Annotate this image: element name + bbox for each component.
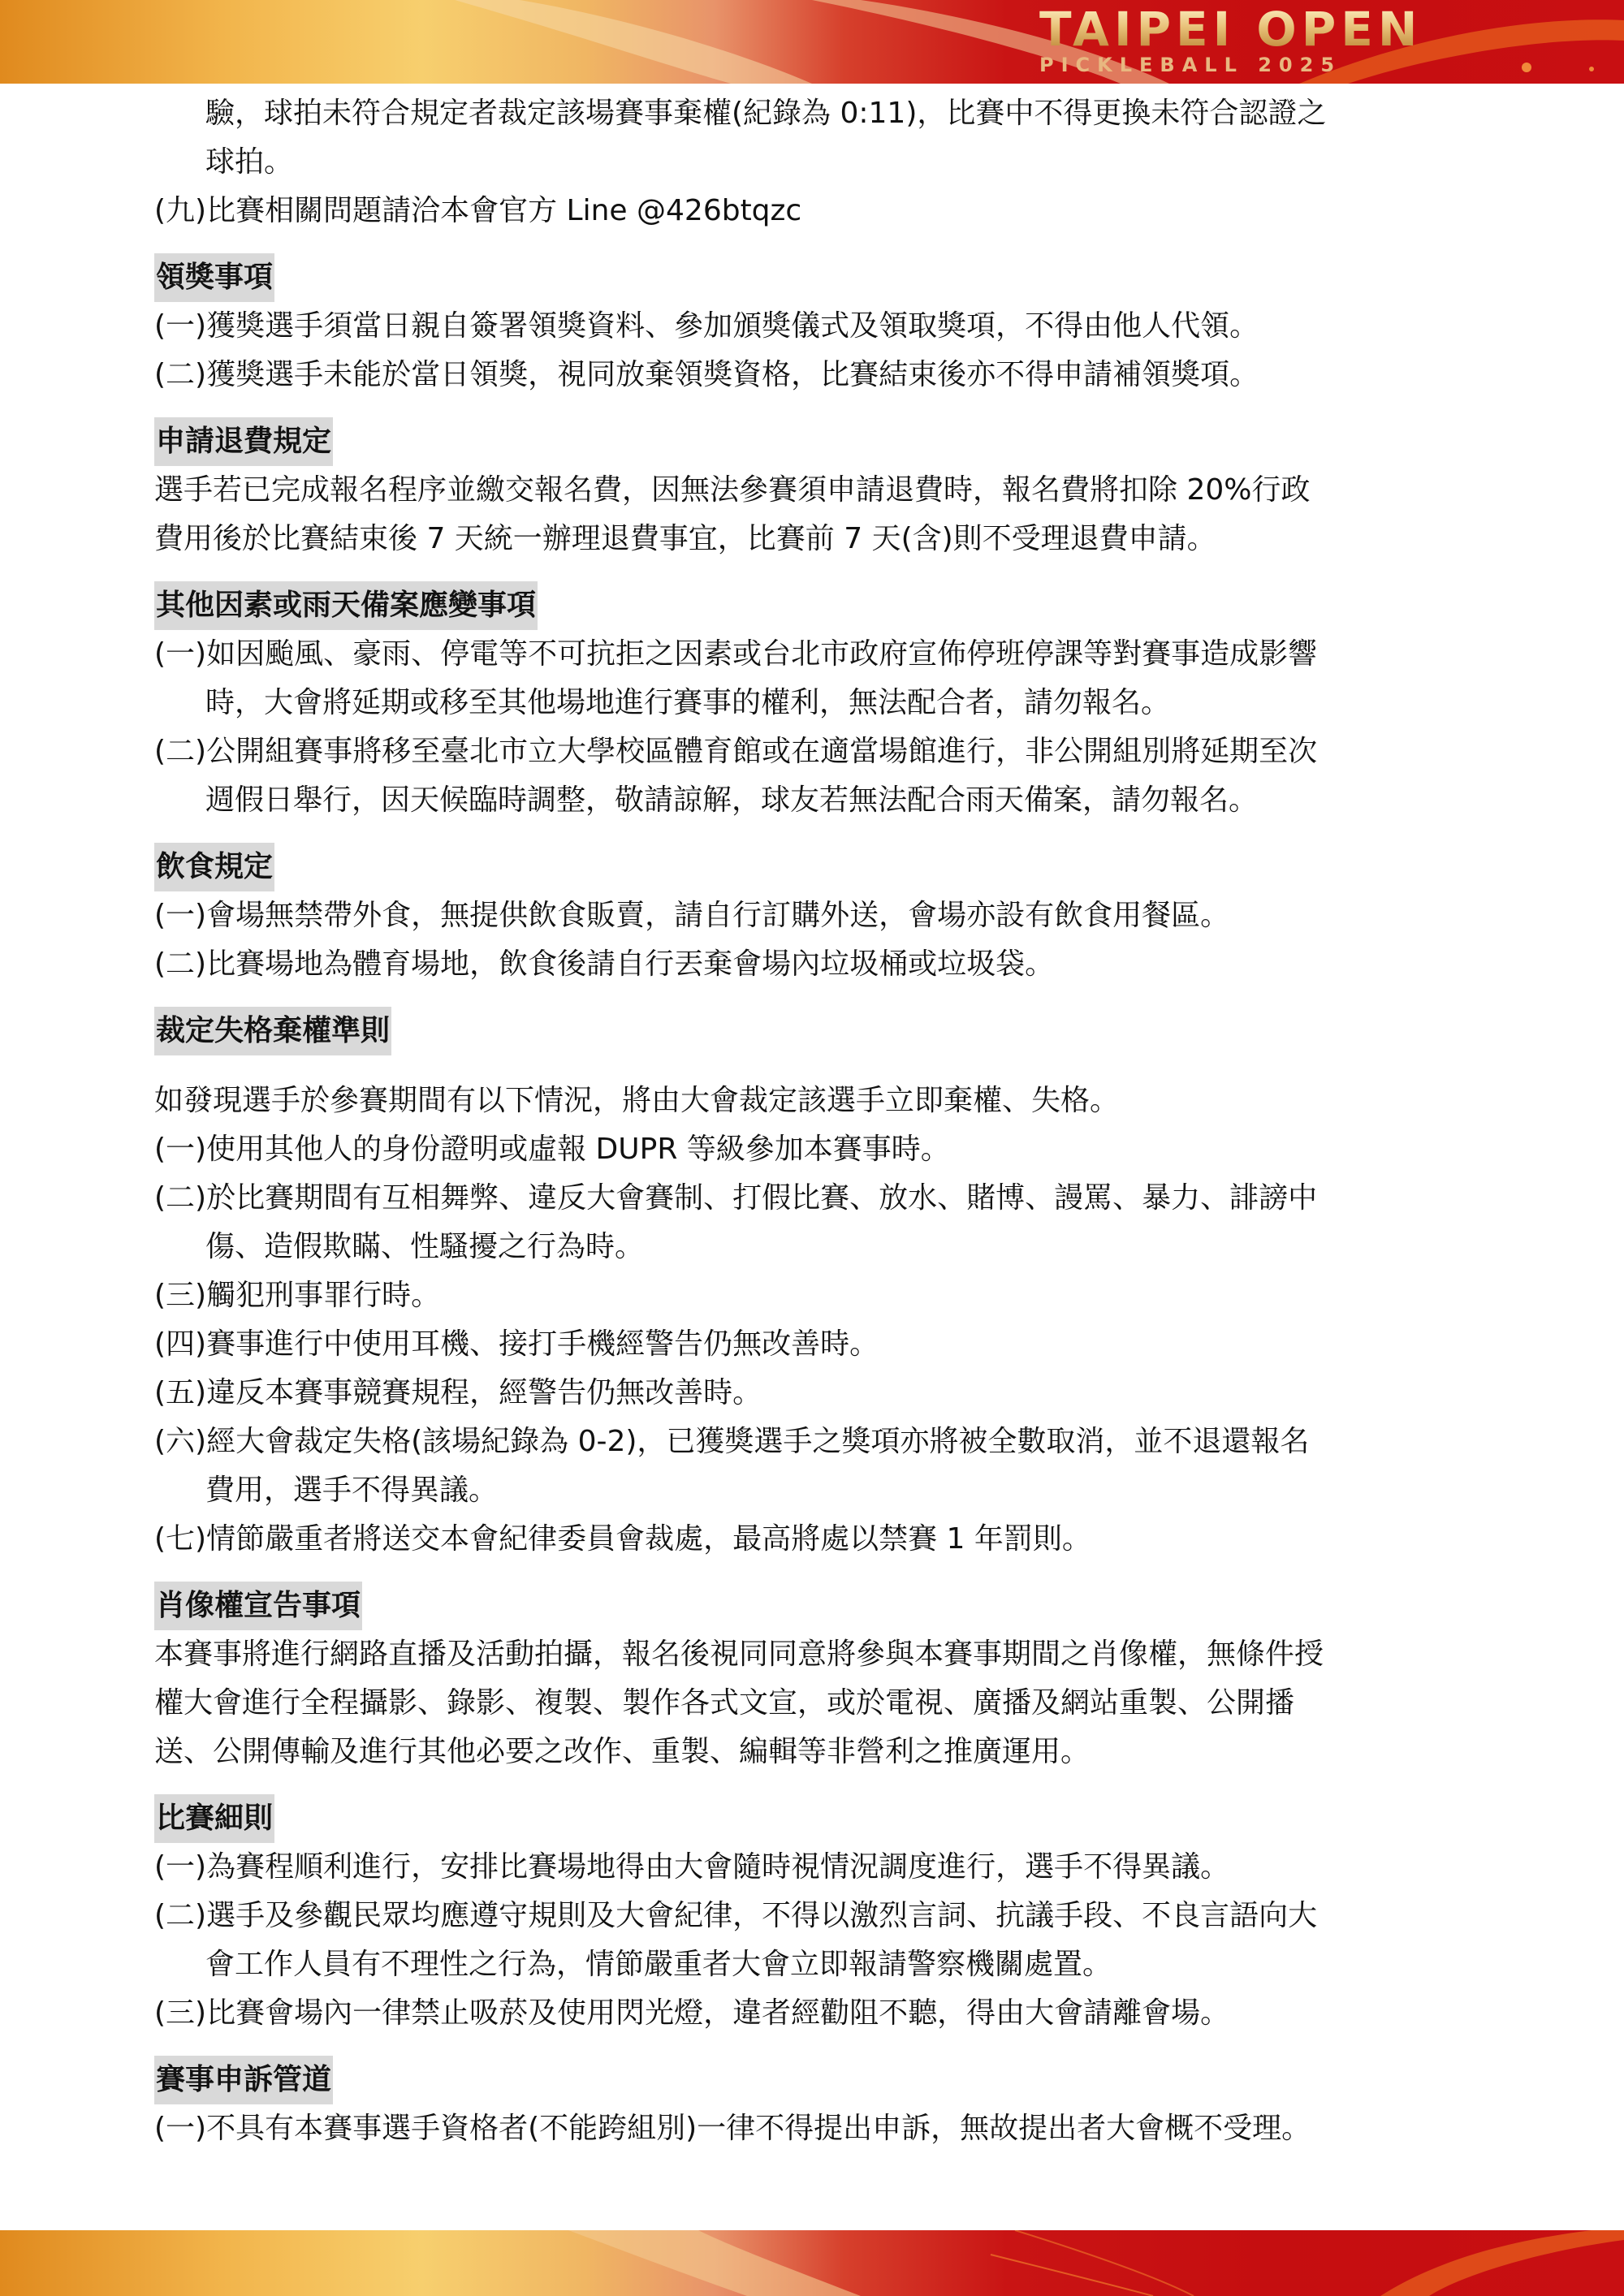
item-number: (二): [154, 351, 206, 399]
spacer: [154, 1055, 1486, 1077]
item-text: 比賽會場內一律禁止吸菸及使用閃光燈，違者經勸阻不聽，得由大會請離會場。: [206, 1989, 1229, 2038]
section-match-details: 比賽細則 (一) 為賽程順利進行，安排比賽場地得由大會隨時視情況調度進行，選手不…: [154, 1776, 1486, 2038]
item-continuation: 費用，選手不得異議。: [154, 1466, 1486, 1515]
item-number: (三): [154, 1271, 206, 1320]
item-number: (九): [154, 187, 206, 235]
section-award-claims: 領獎事項 (一) 獲獎選手須當日親自簽署領獎資料、參加頒獎儀式及領取獎項，不得由…: [154, 235, 1486, 399]
section-heading: 肖像權宣告事項: [154, 1582, 362, 1630]
item-text: 使用其他人的身份證明或虛報 DUPR 等級參加本賽事時。: [206, 1125, 950, 1174]
footer-banner: [0, 2230, 1624, 2296]
header-banner: TAIPEI OPEN PICKLEBALL 2025: [0, 0, 1624, 84]
list-item: (二) 獲獎選手未能於當日領獎，視同放棄領獎資格，比賽結束後亦不得申請補領獎項。: [154, 351, 1486, 399]
paragraph-line: 費用後於比賽結束後 7 天統一辦理退費事宜，比賽前 7 天(含)則不受理退費申請…: [154, 515, 1486, 563]
list-item: (二) 比賽場地為體育場地，飲食後請自行丟棄會場內垃圾桶或垃圾袋。: [154, 940, 1486, 989]
item-text: 比賽相關問題請洽本會官方 Line @426btqzc: [206, 187, 801, 235]
list-item: (一) 使用其他人的身份證明或虛報 DUPR 等級參加本賽事時。: [154, 1125, 1486, 1174]
list-item: (三) 比賽會場內一律禁止吸菸及使用閃光燈，違者經勸阻不聽，得由大會請離會場。: [154, 1989, 1486, 2038]
list-item: (一) 如因颱風、豪雨、停電等不可抗拒之因素或台北市政府宣佈停班停課等對賽事造成…: [154, 630, 1486, 679]
continued-text-line: 驗，球拍未符合規定者裁定該場賽事棄權(紀錄為 0:11)，比賽中不得更換未符合認…: [154, 89, 1486, 138]
logo-subtitle: PICKLEBALL 2025: [1039, 54, 1341, 76]
list-item: (一) 為賽程順利進行，安排比賽場地得由大會隨時視情況調度進行，選手不得異議。: [154, 1843, 1486, 1892]
section-heading: 比賽細則: [154, 1794, 274, 1843]
item-text: 觸犯刑事罪行時。: [206, 1271, 440, 1320]
item-text: 會場無禁帶外食，無提供飲食販賣，請自行訂購外送，會場亦設有飲食用餐區。: [206, 891, 1229, 940]
item-text: 選手及參觀民眾均應遵守規則及大會紀律，不得以激烈言詞、抗議手段、不良言語向大: [206, 1892, 1317, 1940]
continued-text-line: 球拍。: [154, 138, 1486, 187]
item-number: (四): [154, 1320, 206, 1369]
paragraph-line: 送、公開傳輸及進行其他必要之改作、重製、編輯等非營利之推廣運用。: [154, 1728, 1486, 1776]
paragraph-line: 本賽事將進行網路直播及活動拍攝，報名後視同同意將參與本賽事期間之肖像權，無條件授: [154, 1630, 1486, 1679]
item-number: (一): [154, 630, 206, 679]
item-text: 比賽場地為體育場地，飲食後請自行丟棄會場內垃圾桶或垃圾袋。: [206, 940, 1054, 989]
item-number: (二): [154, 727, 206, 776]
item-text: 情節嚴重者將送交本會紀律委員會裁處，最高將處以禁賽 1 年罰則。: [206, 1515, 1091, 1564]
section-disqualification-rules: 裁定失格棄權準則 如發現選手於參賽期間有以下情況，將由大會裁定該選手立即棄權、失…: [154, 989, 1486, 1564]
section-heading: 飲食規定: [154, 843, 274, 891]
logo-title: TAIPEI OPEN: [1039, 3, 1422, 55]
list-item: (一) 獲獎選手須當日親自簽署領獎資料、參加頒獎儀式及領取獎項，不得由他人代領。: [154, 302, 1486, 351]
item-text: 如因颱風、豪雨、停電等不可抗拒之因素或台北市政府宣佈停班停課等對賽事造成影響: [206, 630, 1317, 679]
item-number: (一): [154, 2104, 206, 2153]
item-number: (三): [154, 1989, 206, 2038]
item-number: (五): [154, 1369, 206, 1418]
section-intro: 如發現選手於參賽期間有以下情況，將由大會裁定該選手立即棄權、失格。: [154, 1077, 1486, 1125]
item-text: 經大會裁定失格(該場紀錄為 0-2)，已獲獎選手之獎項亦將被全數取消，並不退還報…: [206, 1418, 1309, 1466]
item-number: (二): [154, 1174, 206, 1223]
item-text: 違反本賽事競賽規程，經警告仍無改善時。: [206, 1369, 762, 1418]
item-number: (六): [154, 1418, 206, 1466]
list-item: (三) 觸犯刑事罪行時。: [154, 1271, 1486, 1320]
item-number: (二): [154, 1892, 206, 1940]
item-continuation: 傷、造假欺瞞、性騷擾之行為時。: [154, 1223, 1486, 1271]
section-heading: 申請退費規定: [154, 417, 333, 466]
section-refund-policy: 申請退費規定 選手若已完成報名程序並繳交報名費，因無法參賽須申請退費時，報名費將…: [154, 399, 1486, 563]
paragraph-line: 選手若已完成報名程序並繳交報名費，因無法參賽須申請退費時，報名費將扣除 20%行…: [154, 466, 1486, 515]
list-item: (七) 情節嚴重者將送交本會紀律委員會裁處，最高將處以禁賽 1 年罰則。: [154, 1515, 1486, 1564]
section-heading: 賽事申訴管道: [154, 2056, 333, 2104]
section-heading: 裁定失格棄權準則: [154, 1007, 391, 1055]
item-number: (一): [154, 1843, 206, 1892]
section-heading: 其他因素或雨天備案應變事項: [154, 581, 538, 630]
section-weather-contingency: 其他因素或雨天備案應變事項 (一) 如因颱風、豪雨、停電等不可抗拒之因素或台北市…: [154, 563, 1486, 825]
item-text: 獲獎選手須當日親自簽署領獎資料、參加頒獎儀式及領取獎項，不得由他人代領。: [206, 302, 1259, 351]
item-text: 公開組賽事將移至臺北市立大學校區體育館或在適當場館進行，非公開組別將延期至次: [206, 727, 1317, 776]
item-continuation: 週假日舉行，因天候臨時調整，敬請諒解，球友若無法配合雨天備案，請勿報名。: [154, 776, 1486, 825]
item-number: (一): [154, 302, 206, 351]
item-number: (一): [154, 1125, 206, 1174]
item-text: 於比賽期間有互相舞弊、違反大會賽制、打假比賽、放水、賭博、謾罵、暴力、誹謗中: [206, 1174, 1317, 1223]
list-item: (二) 選手及參觀民眾均應遵守規則及大會紀律，不得以激烈言詞、抗議手段、不良言語…: [154, 1892, 1486, 1940]
section-portrait-rights: 肖像權宣告事項 本賽事將進行網路直播及活動拍攝，報名後視同同意將參與本賽事期間之…: [154, 1564, 1486, 1776]
item-number: (七): [154, 1515, 206, 1564]
document-page: 驗，球拍未符合規定者裁定該場賽事棄權(紀錄為 0:11)，比賽中不得更換未符合認…: [154, 89, 1486, 2153]
item-text: 獲獎選手未能於當日領獎，視同放棄領獎資格，比賽結束後亦不得申請補領獎項。: [206, 351, 1259, 399]
banner-swoosh-decoration: [0, 2230, 1624, 2296]
section-heading: 領獎事項: [154, 253, 274, 302]
list-item: (一) 會場無禁帶外食，無提供飲食販賣，請自行訂購外送，會場亦設有飲食用餐區。: [154, 891, 1486, 940]
list-item: (一) 不具有本賽事選手資格者(不能跨組別)一律不得提出申訴，無故提出者大會概不…: [154, 2104, 1486, 2153]
list-item: (五) 違反本賽事競賽規程，經警告仍無改善時。: [154, 1369, 1486, 1418]
item-text: 賽事進行中使用耳機、接打手機經警告仍無改善時。: [206, 1320, 879, 1369]
item-number: (二): [154, 940, 206, 989]
paragraph-line: 權大會進行全程攝影、錄影、複製、製作各式文宣，或於電視、廣播及網站重製、公開播: [154, 1679, 1486, 1728]
taipei-open-logo: TAIPEI OPEN PICKLEBALL 2025: [974, 0, 1624, 84]
item-continuation: 時，大會將延期或移至其他場地進行賽事的權利，無法配合者，請勿報名。: [154, 679, 1486, 727]
item-text: 不具有本賽事選手資格者(不能跨組別)一律不得提出申訴，無故提出者大會概不受理。: [206, 2104, 1311, 2153]
list-item: (二) 公開組賽事將移至臺北市立大學校區體育館或在適當場館進行，非公開組別將延期…: [154, 727, 1486, 776]
section-appeal-channel: 賽事申訴管道 (一) 不具有本賽事選手資格者(不能跨組別)一律不得提出申訴，無故…: [154, 2038, 1486, 2153]
list-item: (二) 於比賽期間有互相舞弊、違反大會賽制、打假比賽、放水、賭博、謾罵、暴力、誹…: [154, 1174, 1486, 1223]
list-item: (六) 經大會裁定失格(該場紀錄為 0-2)，已獲獎選手之獎項亦將被全數取消，並…: [154, 1418, 1486, 1466]
list-item: (四) 賽事進行中使用耳機、接打手機經警告仍無改善時。: [154, 1320, 1486, 1369]
item-text: 為賽程順利進行，安排比賽場地得由大會隨時視情況調度進行，選手不得異議。: [206, 1843, 1229, 1892]
list-item: (九) 比賽相關問題請洽本會官方 Line @426btqzc: [154, 187, 1486, 235]
section-food-rules: 飲食規定 (一) 會場無禁帶外食，無提供飲食販賣，請自行訂購外送，會場亦設有飲食…: [154, 825, 1486, 989]
item-continuation: 會工作人員有不理性之行為，情節嚴重者大會立即報請警察機關處置。: [154, 1940, 1486, 1989]
item-number: (一): [154, 891, 206, 940]
